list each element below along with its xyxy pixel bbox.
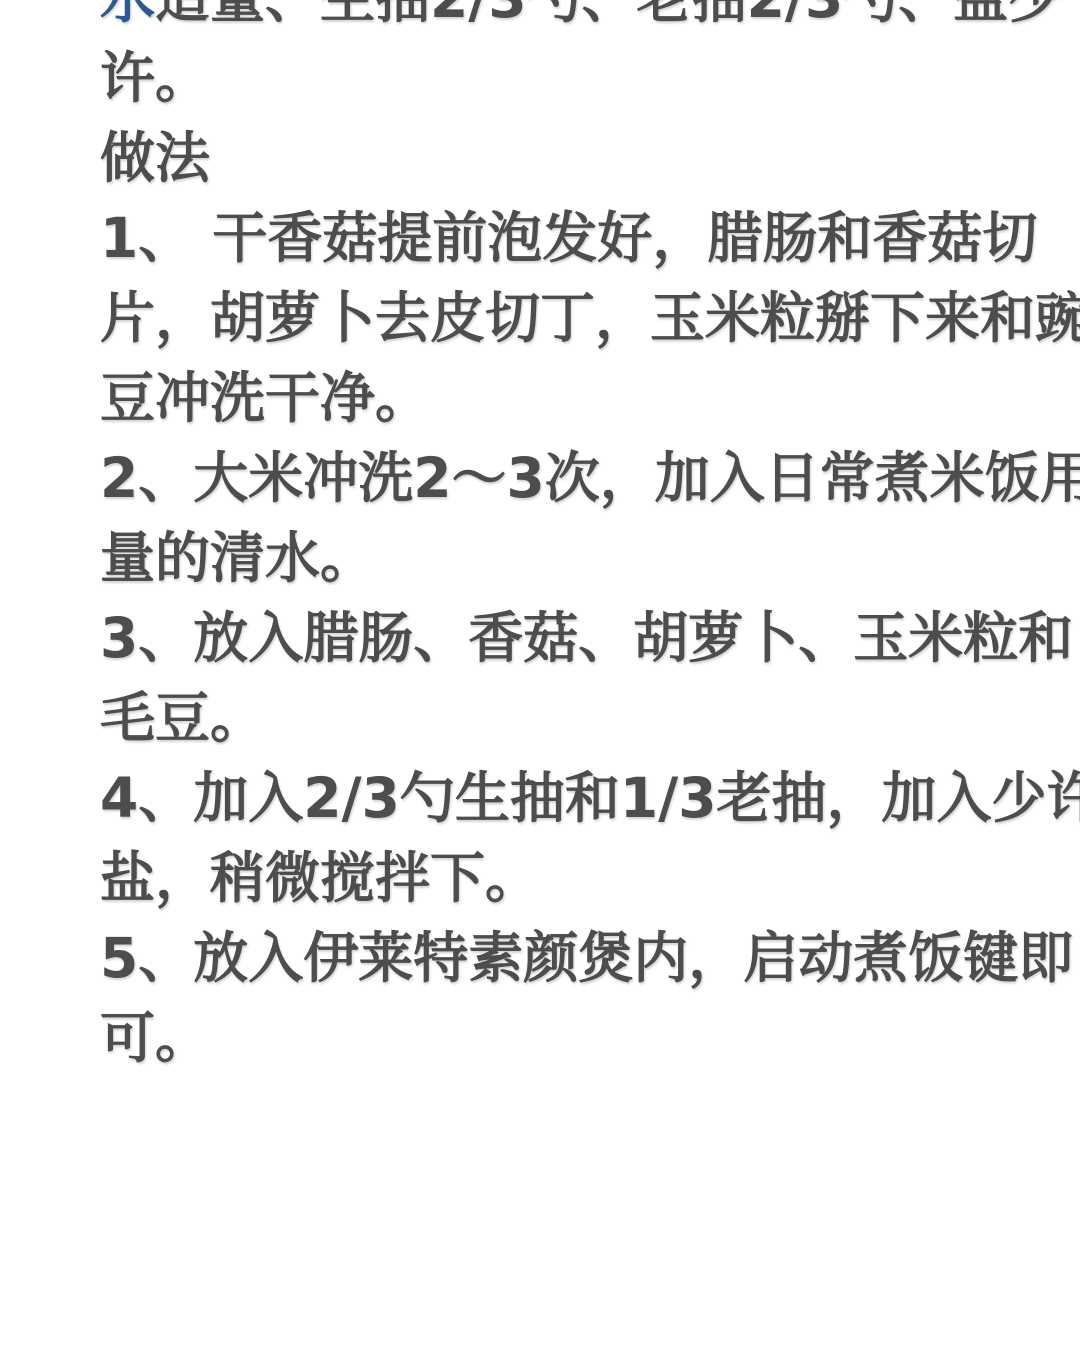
step-2-line-1: 2、大米冲洗2～3次，加入日常煮米饭用: [100, 438, 1040, 518]
step-5-line-2: 可。: [100, 998, 1040, 1078]
ingredient-water-link[interactable]: 水: [100, 0, 155, 30]
recipe-page: 水适量、生抽2/3勺、老抽2/3勺、盐少 许。 做法 1、 干香菇提前泡发好，腊…: [0, 0, 1080, 1078]
step-1-line-1: 1、 干香菇提前泡发好，腊肠和香菇切: [100, 198, 1040, 278]
ingredients-line-cutoff: 水适量、生抽2/3勺、老抽2/3勺、盐少: [100, 0, 1040, 38]
recipe-text-flow: 水适量、生抽2/3勺、老抽2/3勺、盐少 许。 做法 1、 干香菇提前泡发好，腊…: [0, 0, 1080, 1078]
step-5-line-1: 5、放入伊莱特素颜煲内，启动煮饭键即: [100, 918, 1040, 998]
step-4-line-1: 4、加入2/3勺生抽和1/3老抽，加入少许: [100, 758, 1040, 838]
method-heading: 做法: [100, 118, 1040, 198]
step-1-line-2: 片，胡萝卜去皮切丁，玉米粒掰下来和豌: [100, 278, 1040, 358]
ingredients-line-rest: 适量、生抽2/3勺、老抽2/3勺、盐少: [155, 0, 1063, 30]
ingredients-line-wrap: 许。: [100, 38, 1040, 118]
step-4-line-2: 盐，稍微搅拌下。: [100, 838, 1040, 918]
step-1-line-3: 豆冲洗干净。: [100, 358, 1040, 438]
step-3-line-1: 3、放入腊肠、香菇、胡萝卜、玉米粒和: [100, 598, 1040, 678]
step-2-line-2: 量的清水。: [100, 518, 1040, 598]
step-3-line-2: 毛豆。: [100, 678, 1040, 758]
